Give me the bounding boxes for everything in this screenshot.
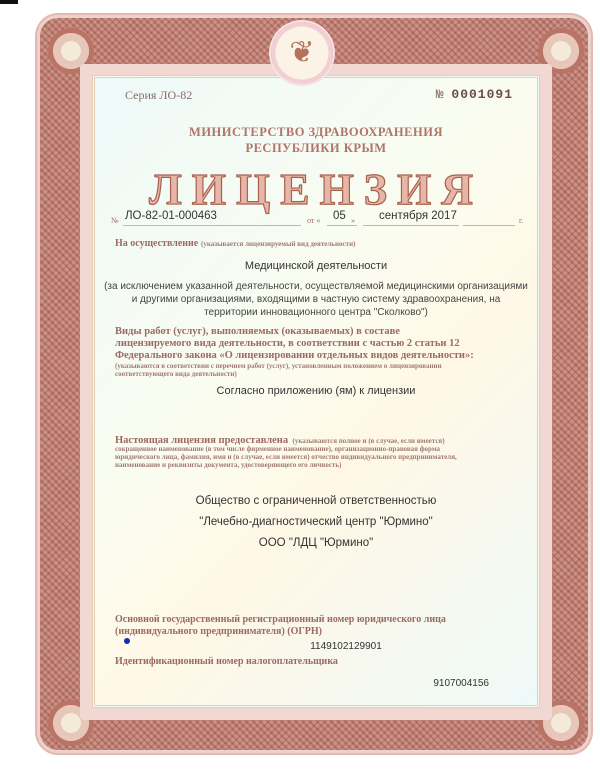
inn-value: 9107004156	[433, 678, 489, 689]
scan-edge-mark	[0, 0, 18, 4]
company-short-name: ООО "ЛДЦ "Юрмино"	[95, 533, 537, 554]
works-note: соответствующего вида деятельности)	[115, 370, 535, 378]
license-month-year: сентября 2017	[379, 210, 457, 222]
license-document: Серия ЛО-82 № 0001091 МИНИСТЕРСТВО ЗДРАВ…	[92, 75, 540, 708]
granted-note: юридического лица, фамилия, имя и (в слу…	[115, 453, 535, 461]
granted-note: (указываются полное и (в случае, если им…	[293, 437, 445, 445]
year-suffix: г.	[519, 216, 523, 225]
granted-section-label: Настоящая лицензия предоставлена (указыв…	[115, 435, 535, 469]
series-label: Серия ЛО-82	[125, 88, 192, 103]
ministry-line-1: МИНИСТЕРСТВО ЗДРАВООХРАНЕНИЯ	[95, 124, 537, 140]
exclusion-line: территории инновационного центра "Сколко…	[95, 306, 537, 319]
document-title: ЛИЦЕНЗИЯ	[95, 164, 537, 215]
activity-label-row: На осуществление (указывается лицензируе…	[115, 238, 355, 249]
exclusion-line: (за исключением указанной деятельности, …	[95, 280, 537, 293]
activity-note: (указывается лицензируемый вид деятельно…	[201, 240, 355, 248]
underline	[327, 225, 357, 226]
ogrn-label-line: Основной государственный регистрационный…	[115, 614, 535, 626]
licensed-activity: Медицинской деятельности	[95, 260, 537, 272]
inn-label: Идентификационный номер налогоплательщик…	[115, 656, 338, 667]
ogrn-label: Основной государственный регистрационный…	[115, 614, 535, 638]
granted-note: наименование и реквизиты документа, удос…	[115, 461, 535, 469]
ink-dot-mark	[124, 638, 130, 644]
ministry-line-2: РЕСПУБЛИКИ КРЫМ	[95, 140, 537, 156]
underline	[123, 225, 301, 226]
issuing-authority: МИНИСТЕРСТВО ЗДРАВООХРАНЕНИЯ РЕСПУБЛИКИ …	[95, 124, 537, 156]
form-number: № 0001091	[436, 87, 513, 102]
company-full-name-line: Общество с ограниченной ответственностью	[95, 491, 537, 512]
double-headed-eagle-icon: ❦	[289, 38, 314, 68]
license-no-label: №	[111, 216, 119, 225]
number-prefix: №	[436, 87, 444, 102]
coat-of-arms-emblem: ❦	[271, 22, 333, 84]
works-note: (указываются в соответствии с перечнем р…	[115, 362, 535, 370]
works-label-line: Виды работ (услуг), выполняемых (оказыва…	[115, 326, 535, 338]
works-label-line: лицензируемого вида деятельности, в соот…	[115, 338, 535, 350]
license-number: ЛО-82-01-000463	[125, 210, 217, 222]
works-section-label: Виды работ (услуг), выполняемых (оказыва…	[115, 326, 535, 378]
activity-exclusion: (за исключением указанной деятельности, …	[95, 280, 537, 319]
ogrn-label-line: (индивидуального предпринимателя) (ОГРН)	[115, 626, 535, 638]
form-number-value: 0001091	[451, 87, 513, 102]
activity-label: На осуществление	[115, 238, 198, 249]
underline	[463, 225, 515, 226]
exclusion-line: и другими организациями, входящими в час…	[95, 293, 537, 306]
license-day: 05	[333, 210, 346, 222]
licensee-name: Общество с ограниченной ответственностью…	[95, 491, 537, 554]
day-close-quote: »	[351, 216, 355, 225]
works-value: Согласно приложению (ям) к лицензии	[95, 385, 537, 397]
works-label-line: Федерального закона «О лицензировании от…	[115, 350, 535, 362]
license-number-line: № ЛО-82-01-000463 от « 05 » сентября 201…	[111, 210, 521, 230]
company-full-name-line: "Лечебно-диагностический центр "Юрмино"	[95, 512, 537, 533]
from-label: от «	[307, 216, 320, 225]
underline	[363, 225, 459, 226]
ogrn-value: 1149102129901	[95, 641, 537, 652]
granted-note: сокращенное наименование (в том числе фи…	[115, 445, 535, 453]
